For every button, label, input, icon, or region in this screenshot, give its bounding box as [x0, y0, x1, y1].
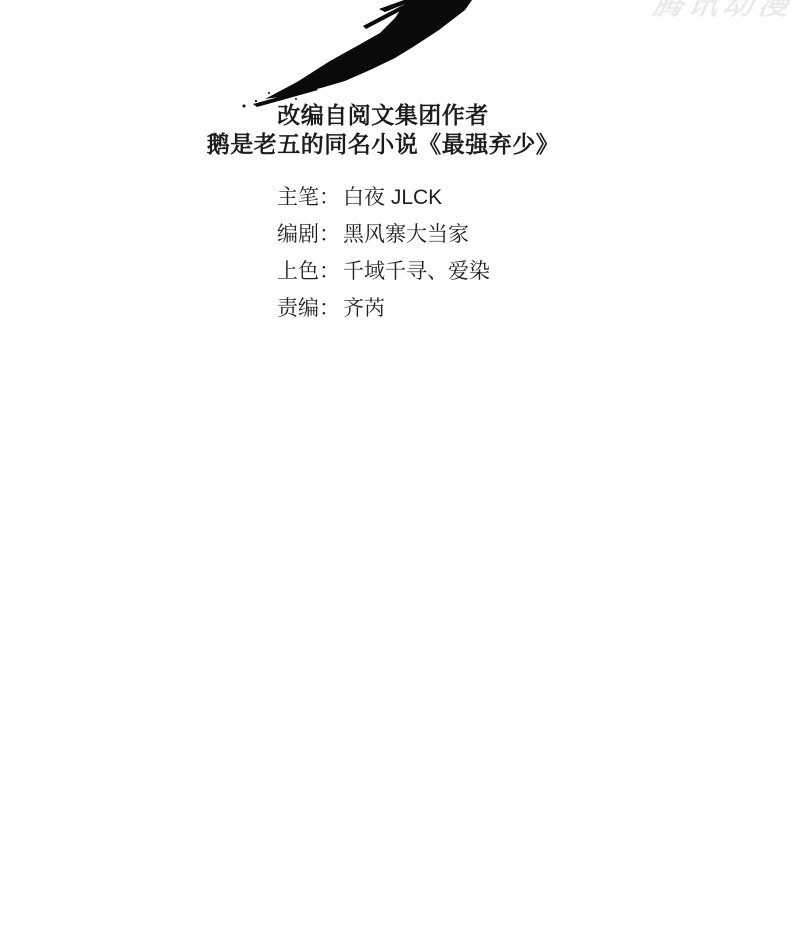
credit-row-artist: 主笔：白夜 JLCK — [277, 181, 490, 203]
ink-brush-stroke — [235, 0, 495, 112]
credit-name: 白夜 JLCK — [343, 186, 442, 209]
credit-role-label: 责编： — [277, 297, 340, 320]
adaptation-line-1: 改编自阅文集团作者 — [0, 101, 766, 130]
credit-name: 千域千寻、爱染 — [343, 260, 490, 283]
staff-credits: 主笔：白夜 JLCK 编剧：黑风寨大当家 上色：千域千寻、爱染 责编：齐芮 — [277, 181, 490, 329]
credit-name: 齐芮 — [343, 297, 385, 320]
credit-role-label: 主笔： — [277, 186, 340, 209]
adaptation-credit: 改编自阅文集团作者 鹅是老五的同名小说《最强弃少》 — [0, 101, 766, 159]
credit-name: 黑风寨大当家 — [343, 223, 469, 246]
credit-row-colorist: 上色：千域千寻、爱染 — [277, 255, 490, 277]
comic-credits-page: 腾讯动漫 改编自阅文集团作者 鹅是老五的同名小说《最强弃少》 主笔：白夜 JLC… — [0, 0, 800, 950]
credit-row-editor: 责编：齐芮 — [277, 292, 490, 314]
credit-role-label: 编剧： — [277, 223, 340, 246]
site-watermark: 腾讯动漫 — [650, 0, 798, 23]
credit-role-label: 上色： — [277, 260, 340, 283]
credit-row-scriptwriter: 编剧：黑风寨大当家 — [277, 218, 490, 240]
adaptation-line-2: 鹅是老五的同名小说《最强弃少》 — [0, 130, 766, 159]
